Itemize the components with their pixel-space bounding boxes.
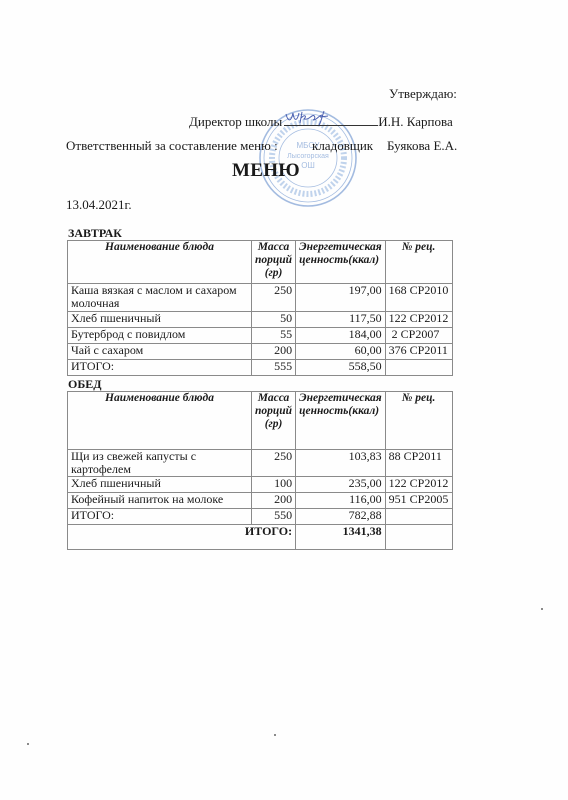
dish-mass: 250 <box>252 284 296 312</box>
dish-recipe: 122 СР2012 <box>385 312 452 328</box>
dish-mass: 100 <box>252 477 296 493</box>
signature-line <box>284 113 378 126</box>
total-energy: 782,88 <box>296 509 386 525</box>
breakfast-table: Наименование блюда Массапорций(гр) Энерг… <box>67 240 453 376</box>
dish-recipe: 88 СР2011 <box>385 450 452 477</box>
dish-recipe: 376 СР2011 <box>385 344 452 360</box>
total-recipe-empty <box>385 509 452 525</box>
col-energy-header: Энергетическаяценность(ккал) <box>296 241 386 284</box>
dish-energy: 117,50 <box>296 312 386 328</box>
dish-energy: 103,83 <box>296 450 386 477</box>
scan-speck <box>274 734 276 736</box>
responsible-label: Ответственный за составление меню : <box>66 138 278 154</box>
document-page: МБОУ Лысогорская ОШ Утверждаю: Директор … <box>0 0 568 800</box>
scan-speck <box>27 743 29 745</box>
col-name-header: Наименование блюда <box>68 241 252 284</box>
stamp-line3: ОШ <box>301 161 315 170</box>
col-name-header: Наименование блюда <box>68 392 252 450</box>
col-energy-header: Энергетическаяценность(ккал) <box>296 392 386 450</box>
table-row: Щи из свежей капусты с картофелем 250 10… <box>68 450 453 477</box>
page-title: МЕНЮ <box>232 160 300 182</box>
dish-recipe: 951 СР2005 <box>385 493 452 509</box>
col-recipe-header: № рец. <box>385 241 452 284</box>
dish-recipe: 168 СР2010 <box>385 284 452 312</box>
dish-name: Щи из свежей капусты с картофелем <box>68 450 252 477</box>
dish-name: Бутерброд с повидлом <box>68 328 252 344</box>
table-row: Хлеб пшеничный 100 235,00 122 СР2012 <box>68 477 453 493</box>
table-header-row: Наименование блюда Массапорций(гр) Энерг… <box>68 392 453 450</box>
dish-mass: 200 <box>252 493 296 509</box>
grand-total-energy: 1341,38 <box>296 525 386 550</box>
total-row: ИТОГО: 550 782,88 <box>68 509 453 525</box>
dish-energy: 197,00 <box>296 284 386 312</box>
dish-mass: 50 <box>252 312 296 328</box>
director-label: Директор школы <box>189 114 282 129</box>
lunch-heading: ОБЕД <box>68 377 102 392</box>
table-row: Хлеб пшеничный 50 117,50 122 СР2012 <box>68 312 453 328</box>
dish-energy: 235,00 <box>296 477 386 493</box>
dish-recipe: 122 СР2012 <box>385 477 452 493</box>
stamp-line2: Лысогорская <box>287 153 329 160</box>
col-recipe-header: № рец. <box>385 392 452 450</box>
total-mass: 550 <box>252 509 296 525</box>
scan-speck <box>541 608 543 610</box>
grand-total-row: ИТОГО: 1341,38 <box>68 525 453 550</box>
responsible-name: Буякова Е.А. <box>387 138 457 154</box>
total-label: ИТОГО: <box>68 509 252 525</box>
lunch-table: Наименование блюда Массапорций(гр) Энерг… <box>67 391 453 550</box>
menu-date: 13.04.2021г. <box>66 197 132 213</box>
dish-mass: 55 <box>252 328 296 344</box>
dish-energy: 116,00 <box>296 493 386 509</box>
table-row: Чай с сахаром 200 60,00 376 СР2011 <box>68 344 453 360</box>
table-row: Бутерброд с повидлом 55 184,00 2 СР2007 <box>68 328 453 344</box>
dish-energy: 60,00 <box>296 344 386 360</box>
dish-recipe: 2 СР2007 <box>385 328 452 344</box>
dish-mass: 250 <box>252 450 296 477</box>
total-recipe-empty <box>385 360 452 376</box>
breakfast-heading: ЗАВТРАК <box>68 226 122 241</box>
responsible-role: кладовщик <box>312 138 373 154</box>
total-label: ИТОГО: <box>68 360 252 376</box>
approve-label: Утверждаю: <box>389 86 457 102</box>
table-row: Кофейный напиток на молоке 200 116,00 95… <box>68 493 453 509</box>
dish-name: Кофейный напиток на молоке <box>68 493 252 509</box>
dish-energy: 184,00 <box>296 328 386 344</box>
total-row: ИТОГО: 555 558,50 <box>68 360 453 376</box>
total-energy: 558,50 <box>296 360 386 376</box>
total-mass: 555 <box>252 360 296 376</box>
dish-name: Хлеб пшеничный <box>68 312 252 328</box>
table-header-row: Наименование блюда Массапорций(гр) Энерг… <box>68 241 453 284</box>
grand-total-empty <box>385 525 452 550</box>
dish-name: Чай с сахаром <box>68 344 252 360</box>
col-mass-header: Массапорций(гр) <box>252 392 296 450</box>
director-name: И.Н. Карпова <box>378 114 453 129</box>
col-mass-header: Массапорций(гр) <box>252 241 296 284</box>
table-row: Каша вязкая с маслом и сахароммолочная 2… <box>68 284 453 312</box>
dish-name: Каша вязкая с маслом и сахароммолочная <box>68 284 252 312</box>
dish-name: Хлеб пшеничный <box>68 477 252 493</box>
grand-total-label: ИТОГО: <box>68 525 296 550</box>
dish-mass: 200 <box>252 344 296 360</box>
director-line: Директор школыИ.Н. Карпова <box>189 113 453 130</box>
